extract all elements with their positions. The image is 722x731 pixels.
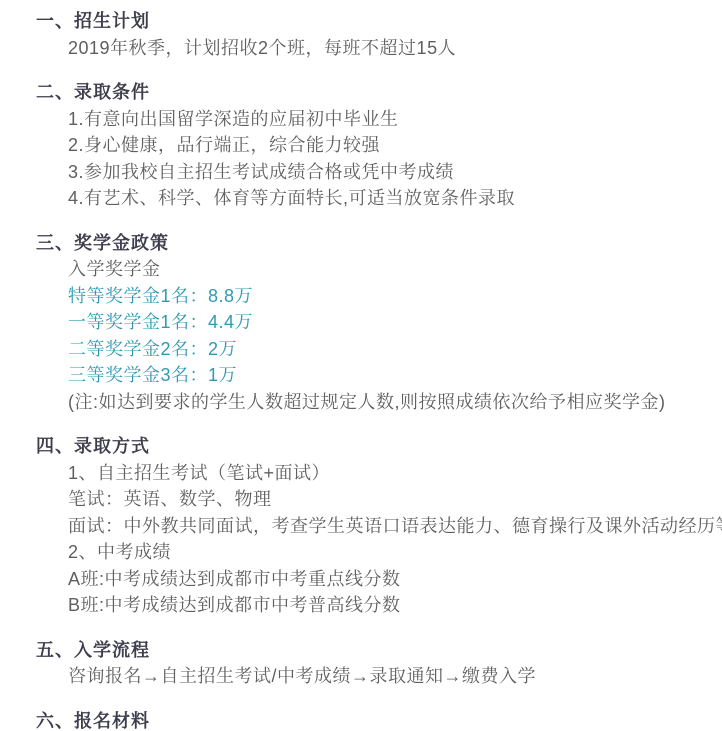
scholarship-tier-second: 二等奖学金2名：2万 bbox=[36, 336, 712, 363]
section-title-application-materials: 六、报名材料 bbox=[36, 708, 712, 731]
scholarship-note: (注:如达到要求的学生人数超过规定人数,则按照成绩依次给予相应奖学金) bbox=[36, 389, 712, 416]
section-title-enrollment-plan: 一、招生计划 bbox=[36, 8, 712, 35]
section-enrollment-plan: 一、招生计划 2019年秋季，计划招收2个班，每班不超过15人 bbox=[36, 8, 712, 61]
method-zhongkao-score: 2、中考成绩 bbox=[36, 539, 712, 566]
class-b-requirement: B班:中考成绩达到成都市中考普高线分数 bbox=[36, 592, 712, 619]
condition-item-3: 3.参加我校自主招生考试成绩合格或凭中考成绩 bbox=[36, 159, 712, 186]
enrollment-process-flow: 咨询报名→自主招生考试/中考成绩→录取通知→缴费入学 bbox=[36, 663, 712, 690]
section-enrollment-process: 五、入学流程 咨询报名→自主招生考试/中考成绩→录取通知→缴费入学 bbox=[36, 637, 712, 690]
section-title-admission-methods: 四、录取方式 bbox=[36, 433, 712, 460]
scholarship-tier-special: 特等奖学金1名：8.8万 bbox=[36, 283, 712, 310]
section-scholarship-policy: 三、奖学金政策 入学奖学金 特等奖学金1名：8.8万 一等奖学金1名：4.4万 … bbox=[36, 230, 712, 416]
condition-item-2: 2.身心健康，品行端正，综合能力较强 bbox=[36, 132, 712, 159]
method-independent-exam: 1、自主招生考试（笔试+面试） bbox=[36, 460, 712, 487]
section-application-materials: 六、报名材料 bbox=[36, 708, 712, 731]
section-admission-methods: 四、录取方式 1、自主招生考试（笔试+面试） 笔试：英语、数学、物理 面试：中外… bbox=[36, 433, 712, 619]
section-admission-conditions: 二、录取条件 1.有意向出国留学深造的应届初中毕业生 2.身心健康，品行端正，综… bbox=[36, 79, 712, 212]
interview-description: 面试：中外教共同面试，考查学生英语口语表达能力、德育操行及课外活动经历等 bbox=[36, 513, 712, 540]
section-title-scholarship-policy: 三、奖学金政策 bbox=[36, 230, 712, 257]
condition-item-4: 4.有艺术、科学、体育等方面特长,可适当放宽条件录取 bbox=[36, 185, 712, 212]
enrollment-plan-detail: 2019年秋季，计划招收2个班，每班不超过15人 bbox=[36, 35, 712, 62]
section-title-admission-conditions: 二、录取条件 bbox=[36, 79, 712, 106]
written-exam-subjects: 笔试：英语、数学、物理 bbox=[36, 486, 712, 513]
section-title-enrollment-process: 五、入学流程 bbox=[36, 637, 712, 664]
class-a-requirement: A班:中考成绩达到成都市中考重点线分数 bbox=[36, 566, 712, 593]
admissions-document: 一、招生计划 2019年秋季，计划招收2个班，每班不超过15人 二、录取条件 1… bbox=[0, 0, 722, 731]
scholarship-tier-first: 一等奖学金1名：4.4万 bbox=[36, 309, 712, 336]
scholarship-tier-third: 三等奖学金3名：1万 bbox=[36, 362, 712, 389]
condition-item-1: 1.有意向出国留学深造的应届初中毕业生 bbox=[36, 106, 712, 133]
scholarship-subtitle: 入学奖学金 bbox=[36, 256, 712, 283]
